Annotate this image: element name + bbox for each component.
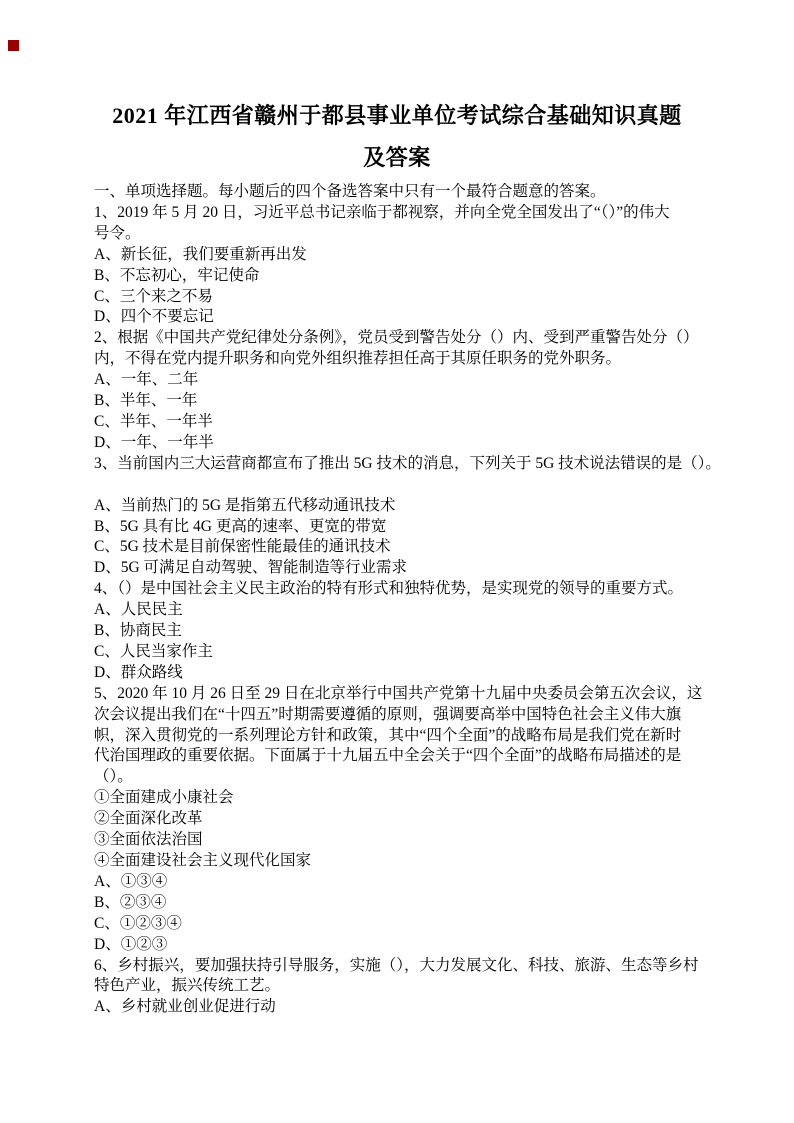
text-line: B、半年、一年 [94,391,700,412]
text-line: 号令。 [94,224,700,245]
text-line: C、人民当家作主 [94,642,700,663]
text-line: D、5G 可满足自动驾驶、智能制造等行业需求 [94,558,700,579]
document-body: 一、单项选择题。每小题后的四个备选答案中只有一个最符合题意的答案。1、2019 … [94,182,700,1018]
text-line: 代治国理政的重要依据。下面属于十九届五中全会关于“四个全面”的战略布局描述的是 [94,746,700,767]
text-line: 3、当前国内三大运营商都宣布了推出 5G 技术的消息，下列关于 5G 技术说法错… [94,454,700,475]
text-line: （）。 [94,767,700,788]
text-line: ②全面深化改革 [94,809,700,830]
title-line-1: 2021 年江西省赣州于都县事业单位考试综合基础知识真题 [94,95,700,137]
text-line: 5、2020 年 10 月 26 日至 29 日在北京举行中国共产党第十九届中央… [94,684,700,705]
text-line: C、三个来之不易 [94,287,700,308]
title-line-2: 及答案 [94,137,700,179]
text-line: 一、单项选择题。每小题后的四个备选答案中只有一个最符合题意的答案。 [94,182,700,203]
text-line: 1、2019 年 5 月 20 日，习近平总书记亲临于都视察，并向全党全国发出了… [94,203,700,224]
document-content: 2021 年江西省赣州于都县事业单位考试综合基础知识真题 及答案 一、单项选择题… [94,95,700,1018]
text-line: 4、（）是中国社会主义民主政治的特有形式和独特优势，是实现党的领导的重要方式。 [94,579,700,600]
text-line: B、不忘初心，牢记使命 [94,266,700,287]
text-line: 特色产业，振兴传统工艺。 [94,976,700,997]
text-line: C、5G 技术是目前保密性能最佳的通讯技术 [94,537,700,558]
text-line: A、人民民主 [94,600,700,621]
text-line: A、一年、二年 [94,370,700,391]
text-line: 帜，深入贯彻党的一系列理论方针和政策，其中“四个全面”的战略布局是我们党在新时 [94,726,700,747]
text-line: A、新长征，我们要重新再出发 [94,245,700,266]
text-line: A、乡村就业创业促进行动 [94,997,700,1018]
text-line: 内，不得在党内提升职务和向党外组织推荐担任高于其原任职务的党外职务。 [94,349,700,370]
text-line: D、四个不要忘记 [94,307,700,328]
text-line: ③全面依法治国 [94,830,700,851]
text-line: 6、乡村振兴，要加强扶持引导服务，实施（），大力发展文化、科技、旅游、生态等乡村 [94,956,700,977]
text-line: A、①③④ [94,872,700,893]
text-line: D、①②③ [94,935,700,956]
text-line: C、①②③④ [94,914,700,935]
text-line: B、5G 具有比 4G 更高的速率、更宽的带宽 [94,517,700,538]
text-line: A、当前热门的 5G 是指第五代移动通讯技术 [94,496,700,517]
text-line: B、②③④ [94,893,700,914]
text-line: B、协商民主 [94,621,700,642]
text-line: 次会议提出我们在“十四五”时期需要遵循的原则，强调要高举中国特色社会主义伟大旗 [94,705,700,726]
document-title: 2021 年江西省赣州于都县事业单位考试综合基础知识真题 及答案 [94,95,700,179]
text-line: ④全面建设社会主义现代化国家 [94,851,700,872]
text-line: C、半年、一年半 [94,412,700,433]
document-page: 2021 年江西省赣州于都县事业单位考试综合基础知识真题 及答案 一、单项选择题… [0,0,794,1123]
text-line [94,475,700,496]
text-line: D、一年、一年半 [94,433,700,454]
text-line: ①全面建成小康社会 [94,788,700,809]
text-line: 2、根据《中国共产党纪律处分条例》，党员受到警告处分（）内、受到严重警告处分（） [94,328,700,349]
corner-marker [8,40,19,51]
text-line: D、群众路线 [94,663,700,684]
